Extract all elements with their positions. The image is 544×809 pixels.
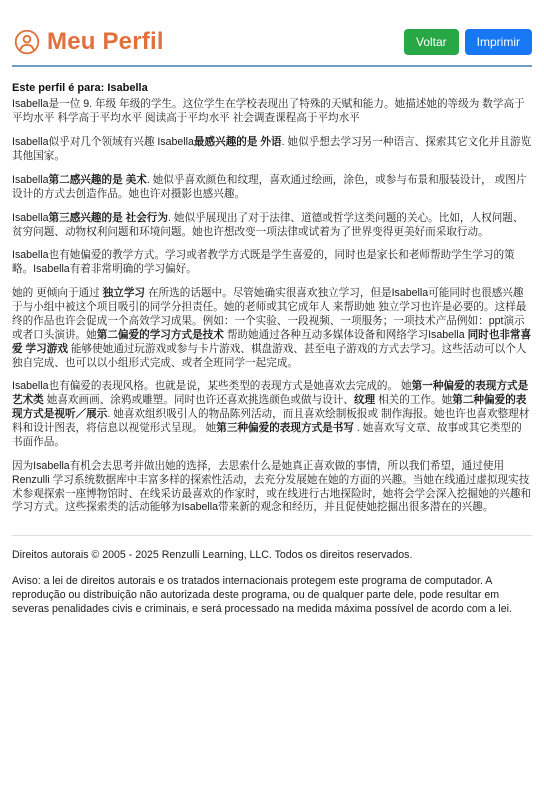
profile-paragraph-expression-styles: Isabella也有偏爱的表现风格。也就是说，某些类型的表现方式是她喜欢去完成的… (12, 380, 532, 449)
profile-paragraph-interest-1: Isabella似乎对几个领域有兴趣 Isabella最感兴趣的是 外语. 她似… (12, 136, 532, 164)
page-header: Meu Perfil Voltar Imprimir (0, 0, 544, 56)
profile-paragraph-interest-3: Isabella第三感兴趣的是 社会行为. 她似乎展现出了对于法律、道德或哲学这… (12, 212, 532, 240)
profile-paragraph-learning-styles: 她的 更倾向于通过 独立学习 在所选的话题中。尽管她确实很喜欢独立学习，但是Is… (12, 287, 532, 370)
profile-content: Este perfil é para: Isabella Isabella是一位… (0, 67, 544, 515)
copyright-text: Direitos autorais © 2005 - 2025 Renzulli… (12, 548, 532, 562)
profile-page: Meu Perfil Voltar Imprimir Este perfil é… (0, 0, 544, 809)
page-title: Meu Perfil (47, 28, 164, 56)
profile-paragraph-grades: Isabella是一位 9. 年级 年级的学生。这位学生在学校表现出了特殊的天赋… (12, 98, 532, 126)
legal-notice-text: Aviso: a lei de direitos autorais e os t… (12, 574, 532, 617)
print-button[interactable]: Imprimir (465, 29, 532, 55)
person-circle-icon (14, 29, 40, 55)
profile-paragraph-teaching-style: Isabella也有她偏爱的教学方式。学习或者教学方式既是学生喜爱的，同时也是家… (12, 249, 532, 277)
page-footer: Direitos autorais © 2005 - 2025 Renzulli… (0, 536, 544, 616)
profile-paragraph-renzulli-summary: 因为Isabella有机会去思考并做出她的选择，去思索什么是她真正喜欢做的事情，… (12, 460, 532, 516)
profile-paragraph-interest-2: Isabella第二感兴趣的是 美术. 她似乎喜欢颜色和纹理，喜欢通过绘画，涂色… (12, 174, 532, 202)
back-button[interactable]: Voltar (404, 29, 459, 55)
title-group: Meu Perfil (14, 28, 164, 56)
profile-heading: Este perfil é para: Isabella (12, 81, 532, 95)
